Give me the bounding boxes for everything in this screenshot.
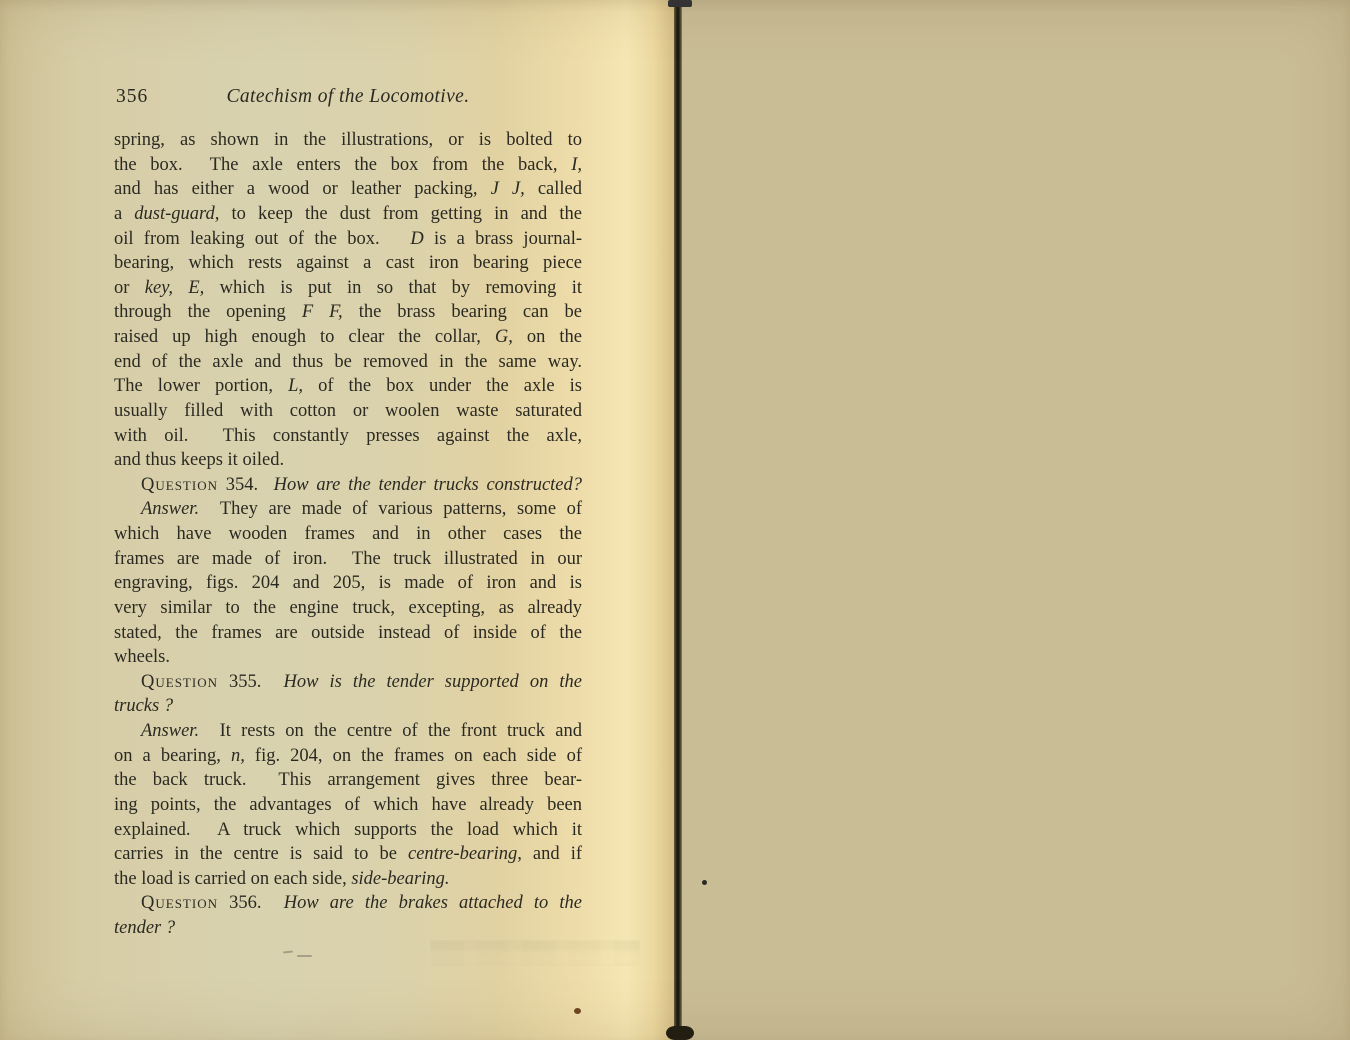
text-segment: J J,: [491, 179, 525, 199]
text-segment: ing points, the advantages of which have…: [114, 795, 582, 815]
text-segment: of the box under the axle is: [303, 376, 582, 396]
text-segment: the box. The axle enters the box from th…: [114, 155, 571, 175]
text-segment: which is put in so that by removing it: [204, 278, 582, 298]
text-line: trucks ?: [114, 694, 582, 719]
text-segment: How is the tender supported on the: [283, 672, 582, 692]
text-segment: on the: [513, 327, 582, 347]
ink-speck: [702, 880, 707, 885]
text-segment: oil from leaking out of the box.: [114, 229, 410, 249]
text-line: Question 356. How are the brakes attache…: [114, 891, 582, 916]
text-segment: dust-guard,: [134, 204, 219, 224]
text-line: explained. A truck which supports the lo…: [114, 818, 582, 843]
right-page: Tenders. 357 Answer. They are attached u…: [682, 0, 1350, 1040]
book-gutter: [674, 0, 682, 1040]
text-segment: key, E,: [145, 278, 205, 298]
text-line: Answer. They are made of various pattern…: [114, 497, 582, 522]
text-segment: with oil. This constantly presses agains…: [114, 426, 582, 446]
text-line: Question 354. How are the tender trucks …: [114, 473, 582, 498]
text-segment: the load is carried on each side,: [114, 869, 351, 889]
text-segment: 356.: [218, 893, 284, 913]
text-line: Question 355. How is the tender supporte…: [114, 670, 582, 695]
text-line: wheels.: [114, 645, 582, 670]
text-segment: They are made of various patterns, some …: [199, 499, 582, 519]
left-running-title: Catechism of the Locomotive.: [114, 86, 582, 108]
text-segment: usually filled with cotton or woolen was…: [114, 401, 582, 421]
text-segment: on a bearing,: [114, 746, 231, 766]
text-segment: and has either a wood or leather packing…: [114, 179, 491, 199]
text-segment: bearing, which rests against a cast iron…: [114, 253, 582, 273]
text-line: the back truck. This arrangement gives t…: [114, 768, 582, 793]
text-segment: Question: [141, 893, 218, 913]
text-line: tender ?: [114, 916, 582, 941]
text-segment: side-bearing.: [351, 869, 449, 889]
text-line: very similar to the engine truck, except…: [114, 596, 582, 621]
text-segment: G,: [495, 327, 513, 347]
text-segment: the brass bearing can be: [343, 302, 582, 322]
text-line: through the opening F F, the brass beari…: [114, 300, 582, 325]
text-segment: or: [114, 278, 145, 298]
text-line: and has either a wood or leather packing…: [114, 177, 582, 202]
text-segment: and if: [522, 844, 582, 864]
text-line: carries in the centre is said to be cent…: [114, 842, 582, 867]
text-segment: Question: [141, 672, 218, 692]
text-line: ing points, the advantages of which have…: [114, 793, 582, 818]
text-segment: through the opening: [114, 302, 302, 322]
ink-speck: [574, 1008, 581, 1014]
text-segment: L,: [288, 376, 303, 396]
text-segment: carries in the centre is said to be: [114, 844, 408, 864]
text-line: and thus keeps it oiled.: [114, 448, 582, 473]
text-line: bearing, which rests against a cast iron…: [114, 251, 582, 276]
book-spread: 356 Catechism of the Locomotive. spring,…: [0, 0, 1350, 1040]
text-line: usually filled with cotton or woolen was…: [114, 399, 582, 424]
text-segment: and thus keeps it oiled.: [114, 450, 284, 470]
text-line: The lower portion, L, of the box under t…: [114, 374, 582, 399]
text-segment: It rests on the centre of the front truc…: [199, 721, 582, 741]
text-segment: D: [410, 229, 423, 249]
text-line: on a bearing, n, fig. 204, on the frames…: [114, 744, 582, 769]
text-line: the load is carried on each side, side-b…: [114, 867, 582, 892]
show-through-text: [430, 940, 640, 966]
text-line: stated, the frames are outside instead o…: [114, 621, 582, 646]
text-line: frames are made of iron. The truck illus…: [114, 547, 582, 572]
text-segment: Question: [141, 475, 218, 495]
text-segment: wheels.: [114, 647, 170, 667]
text-line: end of the axle and thus be removed in t…: [114, 350, 582, 375]
text-segment: is a brass journal-: [424, 229, 582, 249]
text-segment: fig. 204, on the frames on each side of: [245, 746, 582, 766]
left-page: 356 Catechism of the Locomotive. spring,…: [0, 0, 674, 1040]
text-segment: The lower portion,: [114, 376, 288, 396]
text-segment: to keep the dust from getting in and the: [219, 204, 582, 224]
text-segment: How are the tender trucks constructed?: [274, 475, 582, 495]
text-segment: F F,: [302, 302, 343, 322]
text-segment: n,: [231, 746, 245, 766]
text-segment: the back truck. This arrangement gives t…: [114, 770, 582, 790]
text-segment: called: [525, 179, 582, 199]
text-segment: Answer.: [141, 499, 199, 519]
text-segment: spring, as shown in the illustrations, o…: [114, 130, 582, 150]
text-segment: I,: [571, 155, 582, 175]
text-segment: raised up high enough to clear the colla…: [114, 327, 495, 347]
text-segment: Answer.: [141, 721, 199, 741]
text-segment: explained. A truck which supports the lo…: [114, 820, 582, 840]
text-segment: tender ?: [114, 918, 175, 938]
text-segment: very similar to the engine truck, except…: [114, 598, 582, 618]
left-text-block: spring, as shown in the illustrations, o…: [114, 128, 582, 941]
text-segment: 355.: [218, 672, 284, 692]
text-segment: end of the axle and thus be removed in t…: [114, 352, 582, 372]
text-line: raised up high enough to clear the colla…: [114, 325, 582, 350]
text-line: engraving, figs. 204 and 205, is made of…: [114, 571, 582, 596]
text-segment: which have wooden frames and in other ca…: [114, 524, 582, 544]
text-segment: 354.: [218, 475, 274, 495]
text-line: spring, as shown in the illustrations, o…: [114, 128, 582, 153]
text-line: or key, E, which is put in so that by re…: [114, 276, 582, 301]
text-line: which have wooden frames and in other ca…: [114, 522, 582, 547]
text-segment: stated, the frames are outside instead o…: [114, 623, 582, 643]
text-line: oil from leaking out of the box. D is a …: [114, 227, 582, 252]
text-line: a dust-guard, to keep the dust from gett…: [114, 202, 582, 227]
text-segment: How are the brakes attached to the: [284, 893, 582, 913]
text-segment: frames are made of iron. The truck illus…: [114, 549, 582, 569]
text-line: with oil. This constantly presses agains…: [114, 424, 582, 449]
text-segment: trucks ?: [114, 696, 173, 716]
text-segment: centre-bearing,: [408, 844, 522, 864]
pencil-mark: [283, 950, 293, 953]
text-line: the box. The axle enters the box from th…: [114, 153, 582, 178]
text-segment: a: [114, 204, 134, 224]
pencil-mark: [297, 955, 312, 957]
left-page-header: 356 Catechism of the Locomotive.: [114, 86, 582, 112]
text-line: Answer. It rests on the centre of the fr…: [114, 719, 582, 744]
text-segment: engraving, figs. 204 and 205, is made of…: [114, 573, 582, 593]
